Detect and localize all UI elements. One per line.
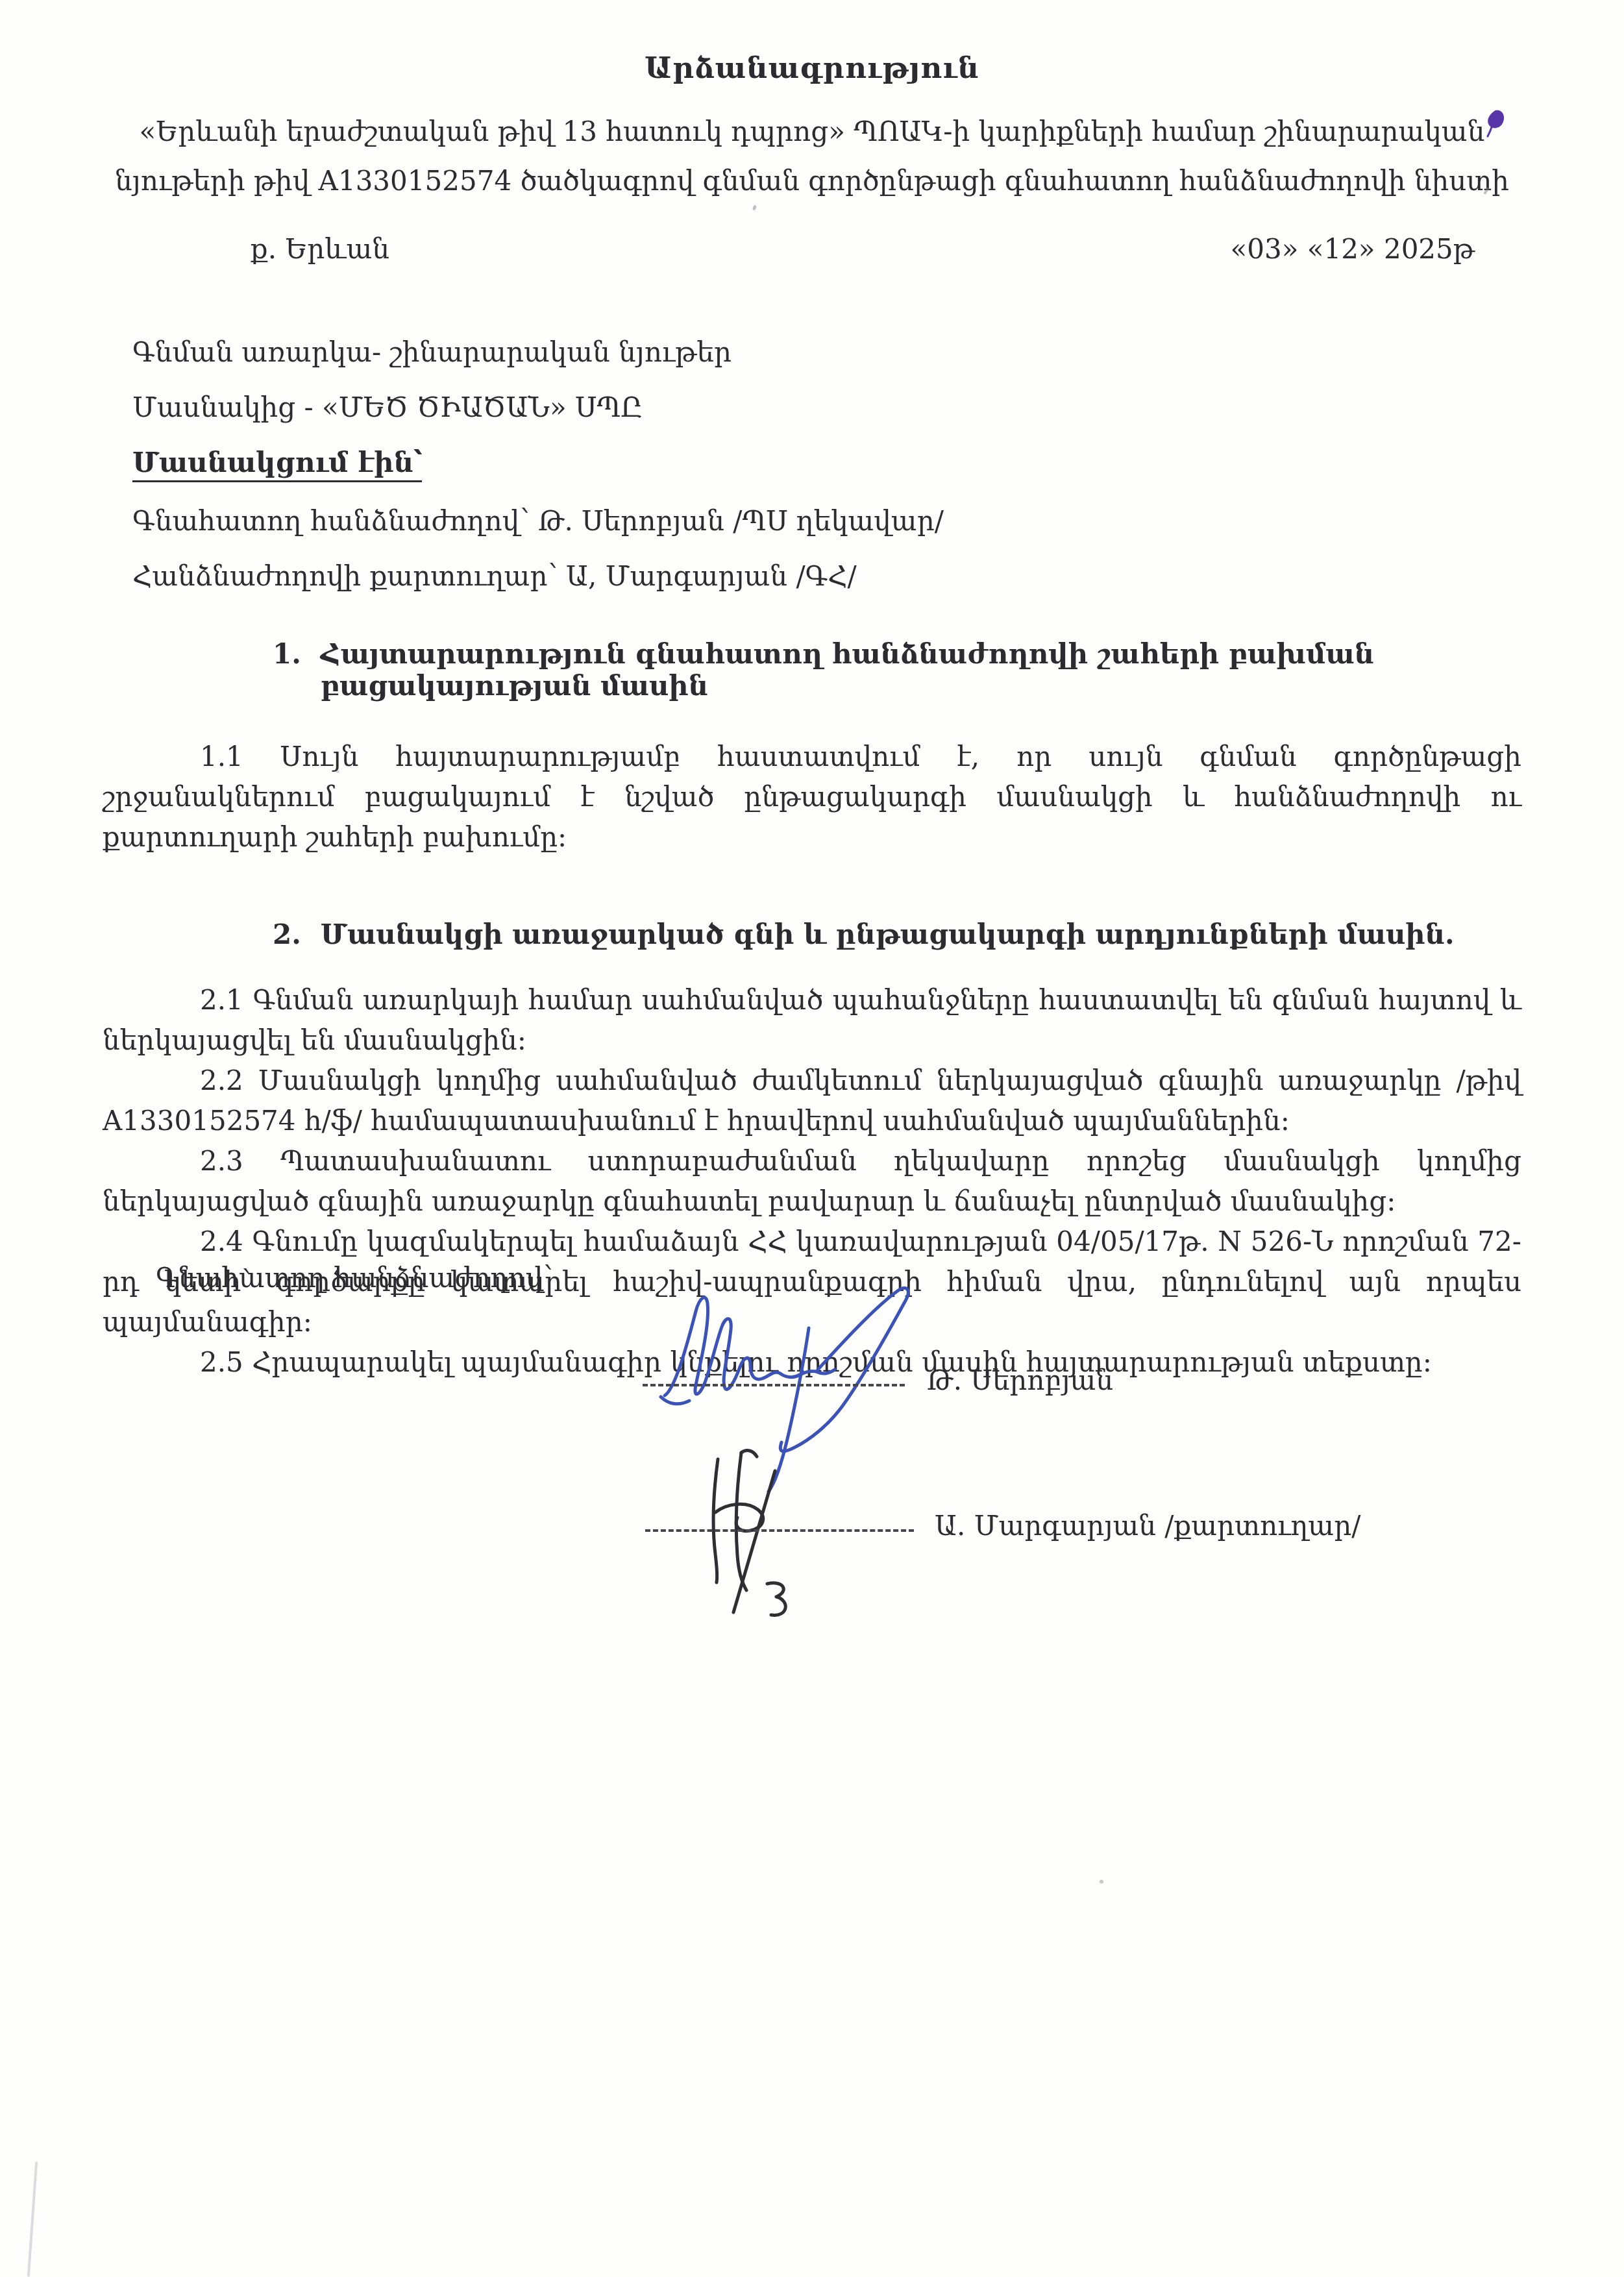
participant-line: Մասնակից - «ՄԵԾ ԾԻԱԾԱՆ» ՍՊԸ — [132, 391, 1521, 424]
paragraph-1-1: 1.1 Սույն հայտարարությամբ հաստատվում է, … — [103, 737, 1521, 857]
ink-blot — [1485, 108, 1507, 138]
scanned-document-page: Արձանագրություն «Երևանի երաժշտական թիվ 1… — [0, 0, 1624, 2277]
purchase-subject-label: Գնման առարկա- — [132, 336, 381, 368]
meta-section: Գնման առարկա- շինարարական նյութեր Մասնակ… — [132, 336, 1521, 593]
signature-name-margaryan: Ա. Մարգարյան /քարտուղար/ — [935, 1510, 1360, 1542]
scan-speck — [1100, 1880, 1103, 1884]
purchase-subject-value: շինարարական նյութեր — [389, 336, 732, 368]
section-1-number: 1. — [273, 638, 301, 702]
section-1-heading-text: Հայտարարություն գնահատող հանձնաժողովի շա… — [321, 638, 1521, 702]
signature-margaryan-ink — [680, 1449, 849, 1631]
document-title: Արձանագրություն — [103, 51, 1521, 85]
signature-margaryan-strokes — [713, 1451, 785, 1616]
paragraph-2-2: 2.2 Մասնակցի կողմից սահմանված ժամկետում … — [103, 1061, 1521, 1141]
signature-line-serobyan — [643, 1384, 905, 1386]
signature-name-serobyan: Թ. Սերոբյան — [927, 1364, 1113, 1396]
section-2-number: 2. — [273, 918, 301, 950]
committee-member-line: Գնահատող հանձնաժողով՝ Թ. Սերոբյան /ՊՍ ղե… — [132, 505, 1521, 537]
committee-secretary-line: Հանձնաժողովի քարտուղար՝ Ա, Մարգարյան /ԳՀ… — [132, 560, 1521, 593]
signature-block-label: Գնահատող հանձնաժողով՝ — [156, 1262, 553, 1294]
paragraph-2-3: 2.3 Պատասխանատու ստորաբաժանման ղեկավարը … — [103, 1141, 1521, 1222]
document-subtitle: «Երևանի երաժշտական թիվ 13 հատուկ դպրոց» … — [103, 107, 1521, 206]
place-city: ք. Երևան — [251, 233, 389, 265]
place-date-row: ք. Երևան «03» «12» 2025թ — [103, 233, 1521, 265]
attendees-heading-text: Մասնակցում էին՝ — [132, 447, 422, 482]
section-2-heading-text: Մասնակցի առաջարկած գնի և ընթացակարգի արդ… — [321, 918, 1455, 950]
section-1-heading: 1. Հայտարարություն գնահատող հանձնաժողովի… — [273, 638, 1521, 702]
participant-value: «ՄԵԾ ԾԻԱԾԱՆ» ՍՊԸ — [322, 391, 643, 423]
scanner-streak — [27, 2161, 38, 2277]
document-body: Արձանագրություն «Երևանի երաժշտական թիվ 1… — [103, 51, 1521, 1383]
attendees-heading: Մասնակցում էին՝ — [132, 447, 1521, 482]
participant-label: Մասնակից - — [132, 391, 314, 423]
ink-blot-tail — [1488, 127, 1492, 136]
scan-speck — [336, 770, 339, 773]
purchase-subject-line: Գնման առարկա- շինարարական նյութեր — [132, 336, 1521, 369]
paragraph-2-1: 2.1 Գնման առարկայի համար սահմանված պահան… — [103, 980, 1521, 1061]
signature-line-margaryan — [645, 1529, 914, 1532]
document-date: «03» «12» 2025թ — [1231, 233, 1475, 265]
section-2-heading: 2. Մասնակցի առաջարկած գնի և ընթացակարգի … — [273, 918, 1521, 950]
ink-blot-shape — [1488, 110, 1504, 129]
